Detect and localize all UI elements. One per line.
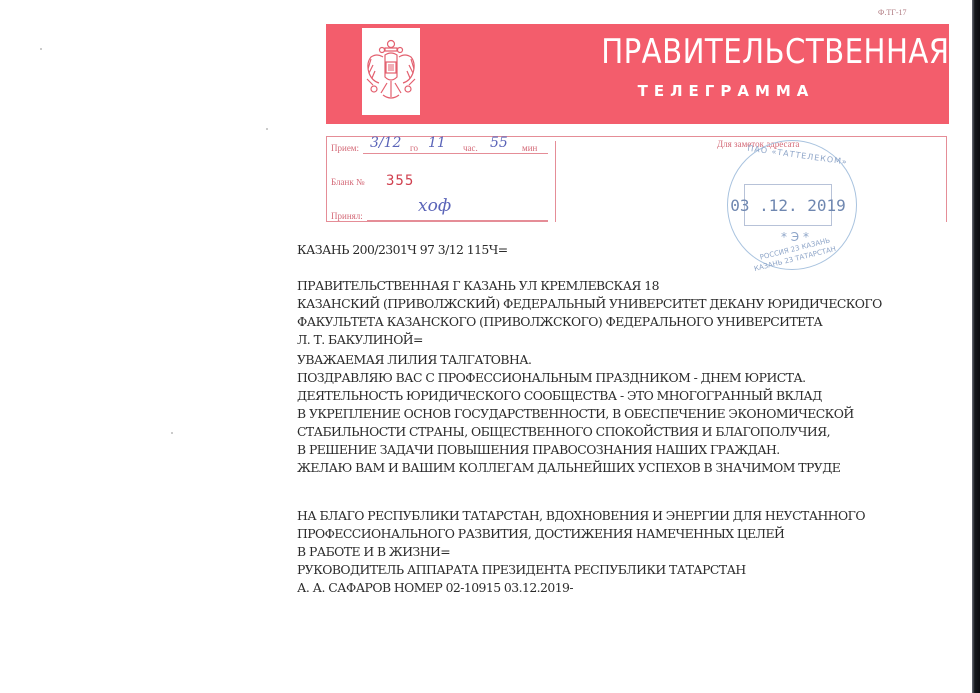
header-banner: ПРАВИТЕЛЬСТВЕННАЯ ТЕЛЕГРАММА — [326, 24, 949, 124]
received-underline — [363, 153, 548, 154]
received-date: 3/12 — [370, 135, 401, 151]
address-line: КАЗАНСКИЙ (ПРИВОЛЖСКИЙ) ФЕДЕРАЛЬНЫЙ УНИВ… — [297, 295, 882, 313]
body-line: СТАБИЛЬНОСТИ СТРАНЫ, ОБЩЕСТВЕННОГО СПОКО… — [297, 423, 854, 441]
received-hour: 11 — [428, 135, 446, 151]
form-code: Ф.ТГ-17 — [878, 8, 907, 17]
received-minute: 55 — [490, 135, 508, 151]
stamp-date: 03 .12. 2019 — [730, 196, 846, 215]
banner-title: ПРАВИТЕЛЬСТВЕННАЯ — [601, 32, 928, 72]
closing-line: А. А. САФАРОВ НОМЕР 02-10915 03.12.2019- — [297, 579, 865, 597]
closing-line: В РАБОТЕ И В ЖИЗНИ= — [297, 543, 865, 561]
header-line: КАЗАНЬ 200/2301Ч 97 3/12 115Ч= — [297, 241, 508, 259]
coat-of-arms-icon — [365, 35, 417, 109]
emblem-box — [362, 28, 420, 115]
scan-speck — [266, 128, 268, 130]
telegram-body: УВАЖАЕМАЯ ЛИЛИЯ ТАЛГАТОВНА. ПОЗДРАВЛЯЮ В… — [297, 351, 854, 477]
hour-label: час. — [463, 143, 478, 153]
telegram-closing: НА БЛАГО РЕСПУБЛИКИ ТАТАРСТАН, ВДОХНОВЕН… — [297, 507, 865, 597]
body-line: В РЕШЕНИЕ ЗАДАЧИ ПОВЫШЕНИЯ ПРАВОСОЗНАНИЯ… — [297, 441, 854, 459]
received-label: Прием: — [331, 143, 359, 153]
frame-left-line — [326, 136, 327, 222]
body-line: ЖЕЛАЮ ВАМ И ВАШИМ КОЛЛЕГАМ ДАЛЬНЕЙШИХ УС… — [297, 459, 854, 477]
blank-number: 355 — [386, 173, 414, 189]
body-line: ДЕЯТЕЛЬНОСТЬ ЮРИДИЧЕСКОГО СООБЩЕСТВА - Э… — [297, 387, 854, 405]
accepted-label: Принял: — [331, 211, 363, 221]
accepted-signature: хоф — [418, 196, 451, 216]
year-suffix-label: го — [410, 143, 418, 153]
scan-speck — [40, 48, 42, 50]
stamp-date-box: 03 .12. 2019 — [744, 184, 832, 226]
body-line: ПОЗДРАВЛЯЮ ВАС С ПРОФЕССИОНАЛЬНЫМ ПРАЗДН… — [297, 369, 854, 387]
body-line: УВАЖАЕМАЯ ЛИЛИЯ ТАЛГАТОВНА. — [297, 351, 854, 369]
body-line: В УКРЕПЛЕНИЕ ОСНОВ ГОСУДАРСТВЕННОСТИ, В … — [297, 405, 854, 423]
scan-speck — [171, 432, 173, 434]
frame-bottom-line — [326, 221, 548, 222]
telegram-header-line: КАЗАНЬ 200/2301Ч 97 3/12 115Ч= — [297, 241, 508, 259]
address-line: ПРАВИТЕЛЬСТВЕННАЯ Г КАЗАНЬ УЛ КРЕМЛЕВСКА… — [297, 277, 882, 295]
scan-edge — [972, 0, 980, 693]
address-line: Л. Т. БАКУЛИНОЙ= — [297, 331, 882, 349]
accepted-underline — [367, 220, 548, 221]
blank-label: Бланк № — [331, 177, 365, 187]
frame-top-line — [326, 136, 947, 137]
banner-subtitle: ТЕЛЕГРАММА — [626, 82, 826, 100]
closing-line: НА БЛАГО РЕСПУБЛИКИ ТАТАРСТАН, ВДОХНОВЕН… — [297, 507, 865, 525]
minute-label: мин — [522, 143, 537, 153]
closing-line: ПРОФЕССИОНАЛЬНОГО РАЗВИТИЯ, ДОСТИЖЕНИЯ Н… — [297, 525, 865, 543]
frame-divider-line — [555, 141, 556, 222]
frame-right-line — [946, 136, 947, 222]
address-line: ФАКУЛЬТЕТА КАЗАНСКОГО (ПРИВОЛЖСКОГО) ФЕД… — [297, 313, 882, 331]
closing-line: РУКОВОДИТЕЛЬ АППАРАТА ПРЕЗИДЕНТА РЕСПУБЛ… — [297, 561, 865, 579]
telegram-address: ПРАВИТЕЛЬСТВЕННАЯ Г КАЗАНЬ УЛ КРЕМЛЕВСКА… — [297, 277, 882, 349]
